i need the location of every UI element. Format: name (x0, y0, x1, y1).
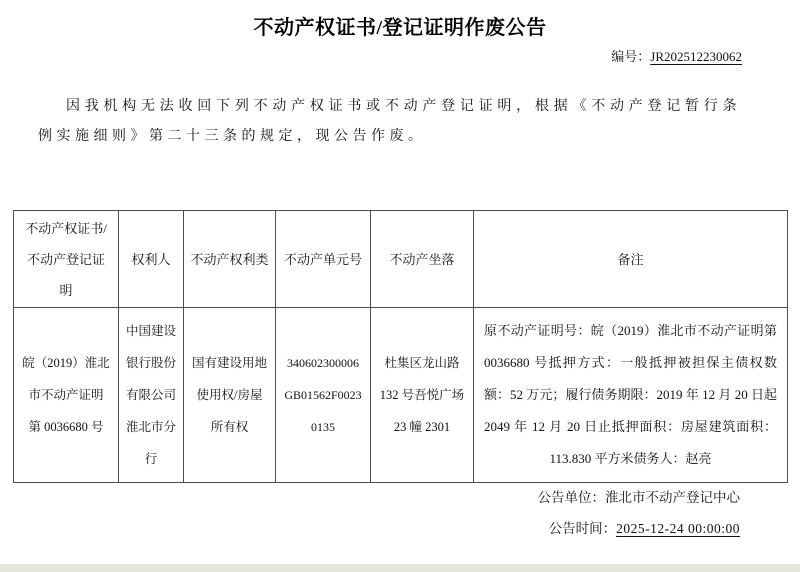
announcement-paragraph: 因我机构无法收回下列不动产权证书或不动产登记证明，根据《不动产登记暂行条例实施细… (38, 92, 741, 152)
doc-number-value: JR202512230062 (650, 49, 742, 64)
doc-number-label: 编号： (611, 49, 650, 64)
col-header-location: 不动产坐落 (371, 211, 474, 308)
invalidation-table: 不动产权证书/ 不动产登记证 明 权利人 不动产权利类 不动产单元号 不动产坐落… (13, 210, 788, 483)
announcement-time-value: 2025-12-24 00:00:00 (616, 521, 740, 536)
announcement-time-line: 公告时间：2025-12-24 00:00:00 (549, 517, 740, 537)
cell-remarks: 原不动产证明号：皖（2019）淮北市不动产证明第 0036680 号抵押方式：一… (474, 308, 788, 483)
cell-certificate-number: 皖（2019）淮北 市不动产证明 第 0036680 号 (14, 308, 119, 483)
announcement-unit-value: 淮北市不动产登记中心 (605, 490, 740, 505)
cell-right-type: 国有建设用地 使用权/房屋 所有权 (184, 308, 276, 483)
announcement-unit-label: 公告单位： (538, 490, 606, 505)
doc-number: 编号：JR202512230062 (611, 46, 742, 65)
col-header-remarks: 备注 (474, 211, 788, 308)
announcement-time-label: 公告时间： (549, 521, 617, 536)
col-header-right-holder: 权利人 (119, 211, 184, 308)
cell-right-holder: 中国建设 银行股份 有限公司 淮北市分 行 (119, 308, 184, 483)
col-header-right-type: 不动产权利类 (184, 211, 276, 308)
table-header-row: 不动产权证书/ 不动产登记证 明 权利人 不动产权利类 不动产单元号 不动产坐落… (14, 211, 788, 308)
col-header-unit-number: 不动产单元号 (276, 211, 371, 308)
table-row: 皖（2019）淮北 市不动产证明 第 0036680 号 中国建设 银行股份 有… (14, 308, 788, 483)
col-header-certificate: 不动产权证书/ 不动产登记证 明 (14, 211, 119, 308)
announcement-unit-line: 公告单位：淮北市不动产登记中心 (538, 486, 741, 506)
cell-location: 杜集区龙山路 132 号吾悦广场 23 幢 2301 (371, 308, 474, 483)
bottom-divider-bar (0, 564, 800, 572)
page-title: 不动产权证书/登记证明作废公告 (0, 11, 800, 40)
cell-unit-number: 340602300006 GB01562F0023 0135 (276, 308, 371, 483)
